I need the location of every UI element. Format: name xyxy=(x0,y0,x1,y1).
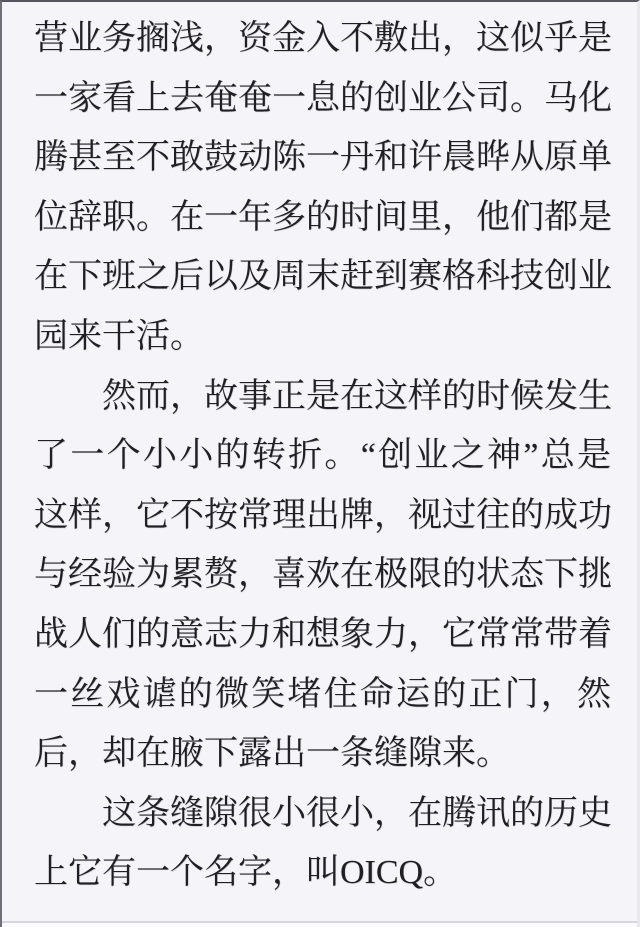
page-text: 营业务搁浅，资金入不敷出，这似乎是一家看上去奄奄一息的创业公司。马化腾甚至不敢鼓… xyxy=(2,2,637,903)
text-line: 这条缝隙很小很小，在腾讯的历史 xyxy=(34,784,611,844)
text-line: 然而，故事正是在这样的时候发生 xyxy=(34,367,611,427)
page-bottom-margin xyxy=(2,923,637,927)
text-line: 一丝戏谑的微笑堵住命运的正门，然 xyxy=(34,665,611,725)
text-line: 与经验为累赘，喜欢在极限的状态下挑 xyxy=(34,545,611,605)
text-line: 这样，它不按常理出牌，视过往的成功 xyxy=(34,486,611,546)
text-line: 在下班之后以及周末赶到赛格科技创业 xyxy=(34,247,611,307)
text-line: 位辞职。在一年多的时间里，他们都是 xyxy=(34,188,611,248)
text-line: 一家看上去奄奄一息的创业公司。马化 xyxy=(34,69,611,129)
text-line: 园来干活。 xyxy=(34,307,611,367)
text-line: 战人们的意志力和想象力，它常常带着 xyxy=(34,605,611,665)
text-line: 后，却在腋下露出一条缝隙来。 xyxy=(34,724,611,784)
text-line: 上它有一个名字，叫OICQ。 xyxy=(34,843,611,903)
text-line: 腾甚至不敢鼓动陈一丹和许晨晔从原单 xyxy=(34,128,611,188)
text-line: 营业务搁浅，资金入不敷出，这似乎是 xyxy=(34,9,611,69)
ebook-page[interactable]: 营业务搁浅，资金入不敷出，这似乎是一家看上去奄奄一息的创业公司。马化腾甚至不敢鼓… xyxy=(0,0,640,927)
text-line: 了一个小小的转折。“创业之神”总是 xyxy=(34,426,611,486)
